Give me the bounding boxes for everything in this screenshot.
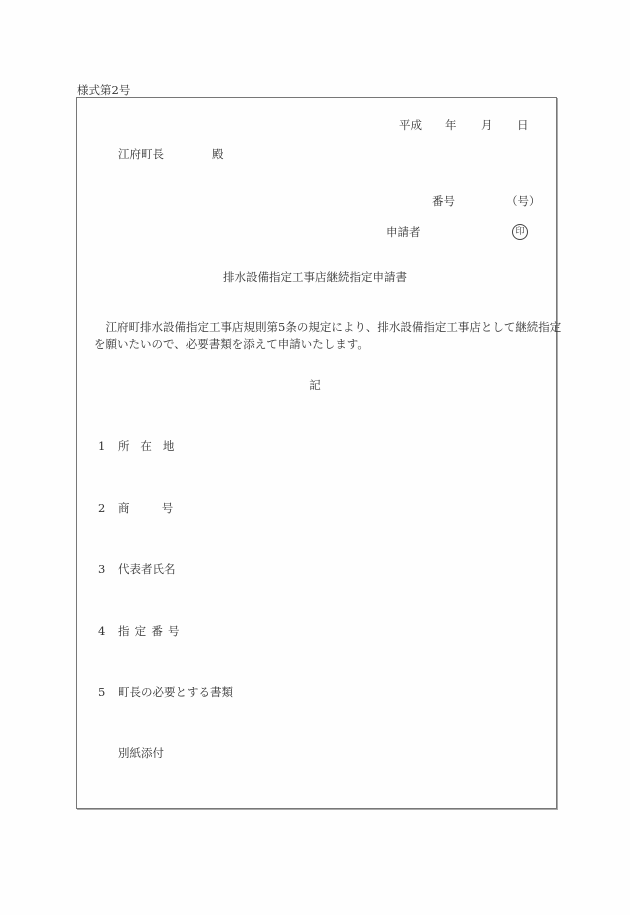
date-year-label: 年: [445, 120, 457, 132]
number-suffix: （号）: [506, 196, 541, 208]
attachment-note: 別紙添付: [118, 748, 164, 760]
item-label: 所在地: [118, 439, 185, 453]
ki-heading: 記: [0, 380, 630, 392]
item-label: 商号: [118, 501, 205, 515]
item-required-documents: 5町長の必要とする書類: [98, 687, 233, 699]
addressee-name: 江府町長: [118, 149, 164, 161]
item-location: 1所在地: [98, 441, 185, 453]
document-title: 排水設備指定工事店継続指定申請書: [0, 272, 630, 284]
item-trade-name: 2商号: [98, 503, 205, 515]
number-label: 番号: [432, 196, 455, 208]
body-text: 江府町排水設備指定工事店規則第5条の規定により、排水設備指定工事店として継続指定…: [94, 319, 564, 353]
seal-icon: 印: [512, 224, 528, 240]
item-designation-number: 4指定番号: [98, 626, 185, 638]
item-number: 4: [98, 626, 118, 638]
item-number: 1: [98, 441, 118, 453]
item-number: 3: [98, 564, 118, 576]
addressee-suffix: 殿: [212, 149, 224, 161]
date-era: 平成: [399, 120, 422, 132]
date-day-label: 日: [517, 120, 529, 132]
item-label: 町長の必要とする書類: [118, 685, 233, 699]
item-number: 2: [98, 503, 118, 515]
item-number: 5: [98, 687, 118, 699]
form-frame: [76, 97, 557, 809]
item-label: 代表者氏名: [118, 562, 176, 576]
item-label: 指定番号: [118, 624, 185, 638]
item-representative: 3代表者氏名: [98, 564, 176, 576]
form-number: 様式第2号: [77, 85, 130, 97]
applicant-label: 申請者: [386, 227, 421, 239]
date-month-label: 月: [481, 120, 493, 132]
